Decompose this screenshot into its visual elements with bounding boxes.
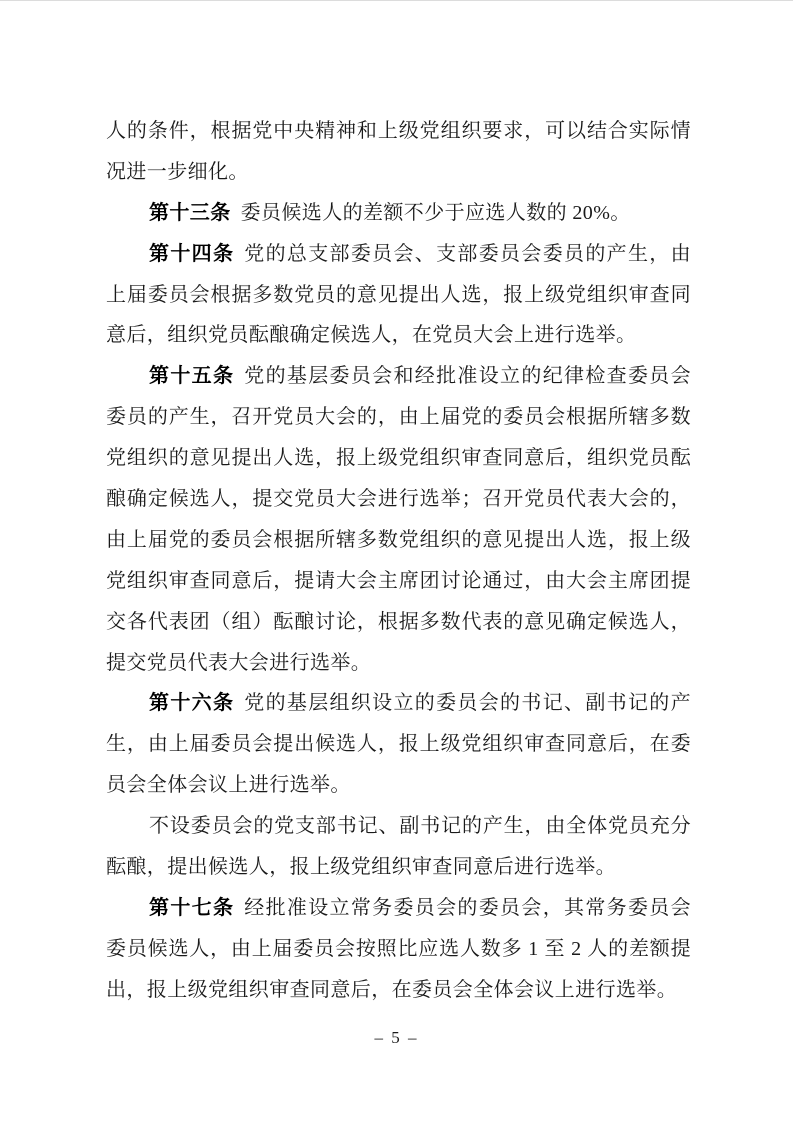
document-page: 人的条件，根据党中央精神和上级党组织要求，可以结合实际情况进一步细化。第十三条委…	[0, 0, 793, 1122]
text-line: 第十五条党的基层委员会和经批准设立的纪律检查委员会	[106, 356, 691, 397]
text-line: 人的条件，根据党中央精神和上级党组织要求，可以结合实际情	[106, 111, 691, 152]
text-line: 第十六条党的基层组织设立的委员会的书记、副书记的产	[106, 683, 691, 724]
line-text: 人的条件，根据党中央精神和上级党组织要求，可以结合实际情	[106, 120, 691, 142]
text-line: 不设委员会的党支部书记、副书记的产生，由全体党员充分	[106, 806, 691, 847]
line-text: 党组织审查同意后，提请大会主席团讨论通过，由大会主席团提	[106, 570, 691, 592]
text-line: 酝酿，提出候选人，报上级党组织审查同意后进行选举。	[106, 847, 691, 888]
text-line: 出，报上级党组织审查同意后，在委员会全体会议上进行选举。	[106, 970, 691, 1011]
line-text: 上届委员会根据多数党员的意见提出人选，报上级党组织审查同	[106, 284, 691, 306]
line-text: 提交党员代表大会进行选举。	[106, 652, 371, 674]
article-number-label: 第十三条	[149, 202, 231, 224]
line-text: 党的基层组织设立的委员会的书记、副书记的产	[244, 692, 691, 714]
article-number-label: 第十四条	[149, 243, 234, 265]
line-text: 交各代表团（组）酝酿讨论，根据多数代表的意见确定候选人，	[106, 611, 691, 633]
page-top-edge-line	[0, 0, 793, 1]
text-line: 员会全体会议上进行选举。	[106, 765, 691, 806]
line-text: 委员候选人，由上届委员会按照比应选人数多 1 至 2 人的差额提	[106, 938, 691, 960]
line-text: 况进一步细化。	[106, 161, 249, 183]
text-line: 由上届党的委员会根据所辖多数党组织的意见提出人选，报上级	[106, 520, 691, 561]
line-text: 委员候选人的差额不少于应选人数的 20%。	[241, 202, 631, 224]
line-text: 员会全体会议上进行选举。	[106, 774, 351, 796]
text-line: 第十四条党的总支部委员会、支部委员会委员的产生，由	[106, 234, 691, 275]
article-number-label: 第十六条	[149, 692, 234, 714]
article-number-label: 第十七条	[149, 897, 234, 919]
article-number-label: 第十五条	[149, 365, 234, 387]
line-text: 意后，组织党员酝酿确定候选人，在党员大会上进行选举。	[106, 324, 636, 346]
line-text: 酝酿，提出候选人，报上级党组织审查同意后进行选举。	[106, 856, 616, 878]
text-line: 上届委员会根据多数党员的意见提出人选，报上级党组织审查同	[106, 275, 691, 316]
line-text: 经批准设立常务委员会的委员会，其常务委员会	[244, 897, 691, 919]
line-text: 生，由上届委员会提出候选人，报上级党组织审查同意后，在委	[106, 733, 691, 755]
page-number: – 5 –	[375, 1028, 419, 1047]
line-text: 委员的产生，召开党员大会的，由上届党的委员会根据所辖多数	[106, 406, 691, 428]
text-line: 况进一步细化。	[106, 152, 691, 193]
line-text: 党组织的意见提出人选，报上级党组织审查同意后，组织党员酝	[106, 447, 691, 469]
text-line: 委员的产生，召开党员大会的，由上届党的委员会根据所辖多数	[106, 397, 691, 438]
text-line: 委员候选人，由上届委员会按照比应选人数多 1 至 2 人的差额提	[106, 929, 691, 970]
line-text: 酿确定候选人，提交党员大会进行选举；召开党员代表大会的，	[106, 488, 691, 510]
page-footer: – 5 –	[0, 1026, 793, 1050]
line-text: 由上届党的委员会根据所辖多数党组织的意见提出人选，报上级	[106, 529, 691, 551]
text-line: 第十七条经批准设立常务委员会的委员会，其常务委员会	[106, 888, 691, 929]
text-line: 提交党员代表大会进行选举。	[106, 643, 691, 684]
line-text: 不设委员会的党支部书记、副书记的产生，由全体党员充分	[149, 815, 691, 837]
line-text: 出，报上级党组织审查同意后，在委员会全体会议上进行选举。	[106, 979, 677, 1001]
line-text: 党的总支部委员会、支部委员会委员的产生，由	[244, 243, 691, 265]
line-text: 党的基层委员会和经批准设立的纪律检查委员会	[244, 365, 691, 387]
text-line: 党组织的意见提出人选，报上级党组织审查同意后，组织党员酝	[106, 438, 691, 479]
text-line: 生，由上届委员会提出候选人，报上级党组织审查同意后，在委	[106, 724, 691, 765]
text-line: 第十三条委员候选人的差额不少于应选人数的 20%。	[106, 193, 691, 234]
text-line: 党组织审查同意后，提请大会主席团讨论通过，由大会主席团提	[106, 561, 691, 602]
text-line: 意后，组织党员酝酿确定候选人，在党员大会上进行选举。	[106, 315, 691, 356]
text-line: 交各代表团（组）酝酿讨论，根据多数代表的意见确定候选人，	[106, 602, 691, 643]
text-line: 酿确定候选人，提交党员大会进行选举；召开党员代表大会的，	[106, 479, 691, 520]
document-body: 人的条件，根据党中央精神和上级党组织要求，可以结合实际情况进一步细化。第十三条委…	[106, 111, 691, 1011]
